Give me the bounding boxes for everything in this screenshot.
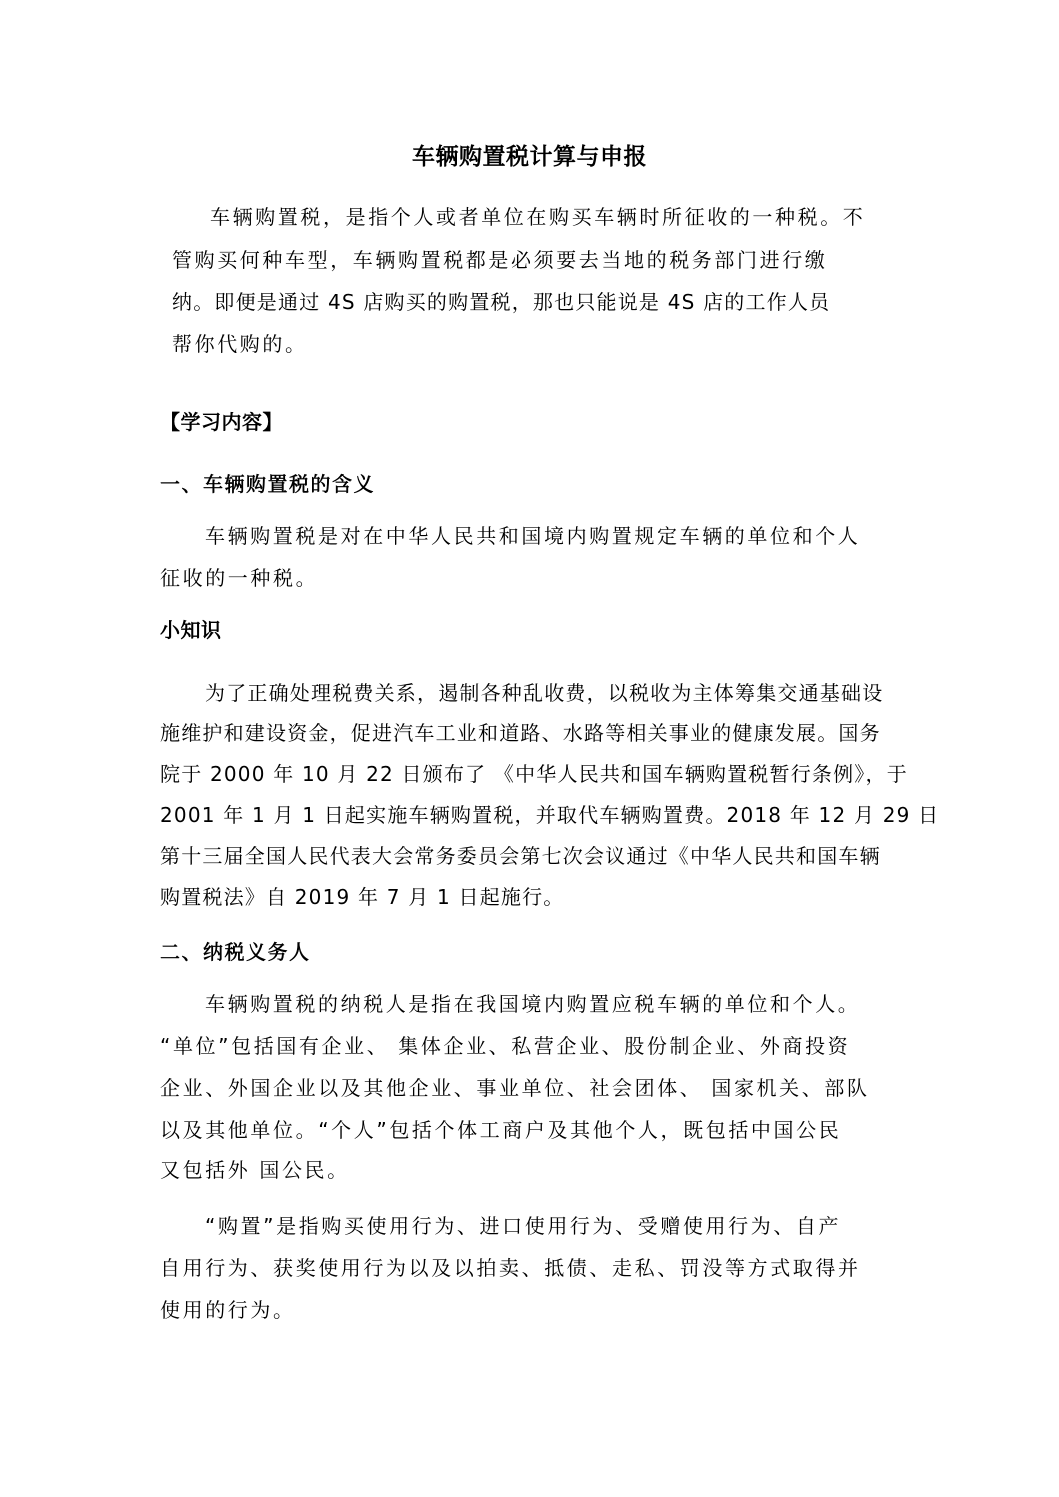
section2-line: “单位”包括国有企业、 集体企业、私营企业、股份制企业、外商投资 — [160, 1034, 850, 1058]
intro-line: 纳。即便是通过 4S 店购买的购置税，那也只能说是 4S 店的工作人员 — [172, 290, 830, 314]
section2-line: 使用的行为。 — [160, 1298, 296, 1322]
section2-line: 又包括外 国公民。 — [160, 1158, 350, 1182]
section2-line: 车辆购置税的纳税人是指在我国境内购置应税车辆的单位和个人。 — [205, 992, 860, 1016]
tip-heading: 小知识 — [160, 618, 222, 642]
section1-line: 征收的一种税。 — [160, 566, 318, 590]
intro-line: 帮你代购的。 — [172, 332, 308, 356]
section-heading-taxpayer: 二、纳税义务人 — [160, 940, 311, 964]
document-page: 车辆购置税计算与申报 车辆购置税，是指个人或者单位在购买车辆时所征收的一种税。不… — [0, 0, 1059, 1497]
section2-line: 企业、外国企业以及其他企业、事业单位、社会团体、 国家机关、部队 — [160, 1076, 870, 1100]
tip-line: 院于 2000 年 10 月 22 日颁布了 《中华人民共和国车辆购置税暂行条例… — [160, 762, 908, 786]
section2-line: 自用行为、获奖使用行为以及以拍卖、抵债、走私、罚没等方式取得并 — [160, 1256, 861, 1280]
tip-line: 第十三届全国人民代表大会常务委员会第七次会议通过《中华人民共和国车辆 — [160, 844, 881, 868]
intro-line: 管购买何种车型，车辆购置税都是必须要去当地的税务部门进行缴 — [172, 248, 827, 272]
tip-line: 2001 年 1 月 1 日起实施车辆购置税，并取代车辆购置费。2018 年 1… — [160, 803, 939, 827]
tip-line: 为了正确处理税费关系，遏制各种乱收费，以税收为主体筹集交通基础设 — [205, 681, 883, 705]
document-title: 车辆购置税计算与申报 — [0, 143, 1059, 171]
section-label-learning-content: 【学习内容】 — [160, 410, 283, 434]
tip-line: 施维护和建设资金，促进汽车工业和道路、水路等相关事业的健康发展。国务 — [160, 721, 881, 745]
section2-line: “购置”是指购买使用行为、进口使用行为、受赠使用行为、自产 — [205, 1214, 841, 1238]
section1-line: 车辆购置税是对在中华人民共和国境内购置规定车辆的单位和个人 — [205, 524, 860, 548]
section-heading-meaning: 一、车辆购置税的含义 — [160, 472, 375, 496]
section2-line: 以及其他单位。“个人”包括个体工商户及其他个人，既包括中国公民 — [160, 1118, 841, 1142]
tip-line: 购置税法》自 2019 年 7 月 1 日起施行。 — [160, 885, 565, 909]
intro-line: 车辆购置税，是指个人或者单位在购买车辆时所征收的一种税。不 — [210, 205, 865, 229]
